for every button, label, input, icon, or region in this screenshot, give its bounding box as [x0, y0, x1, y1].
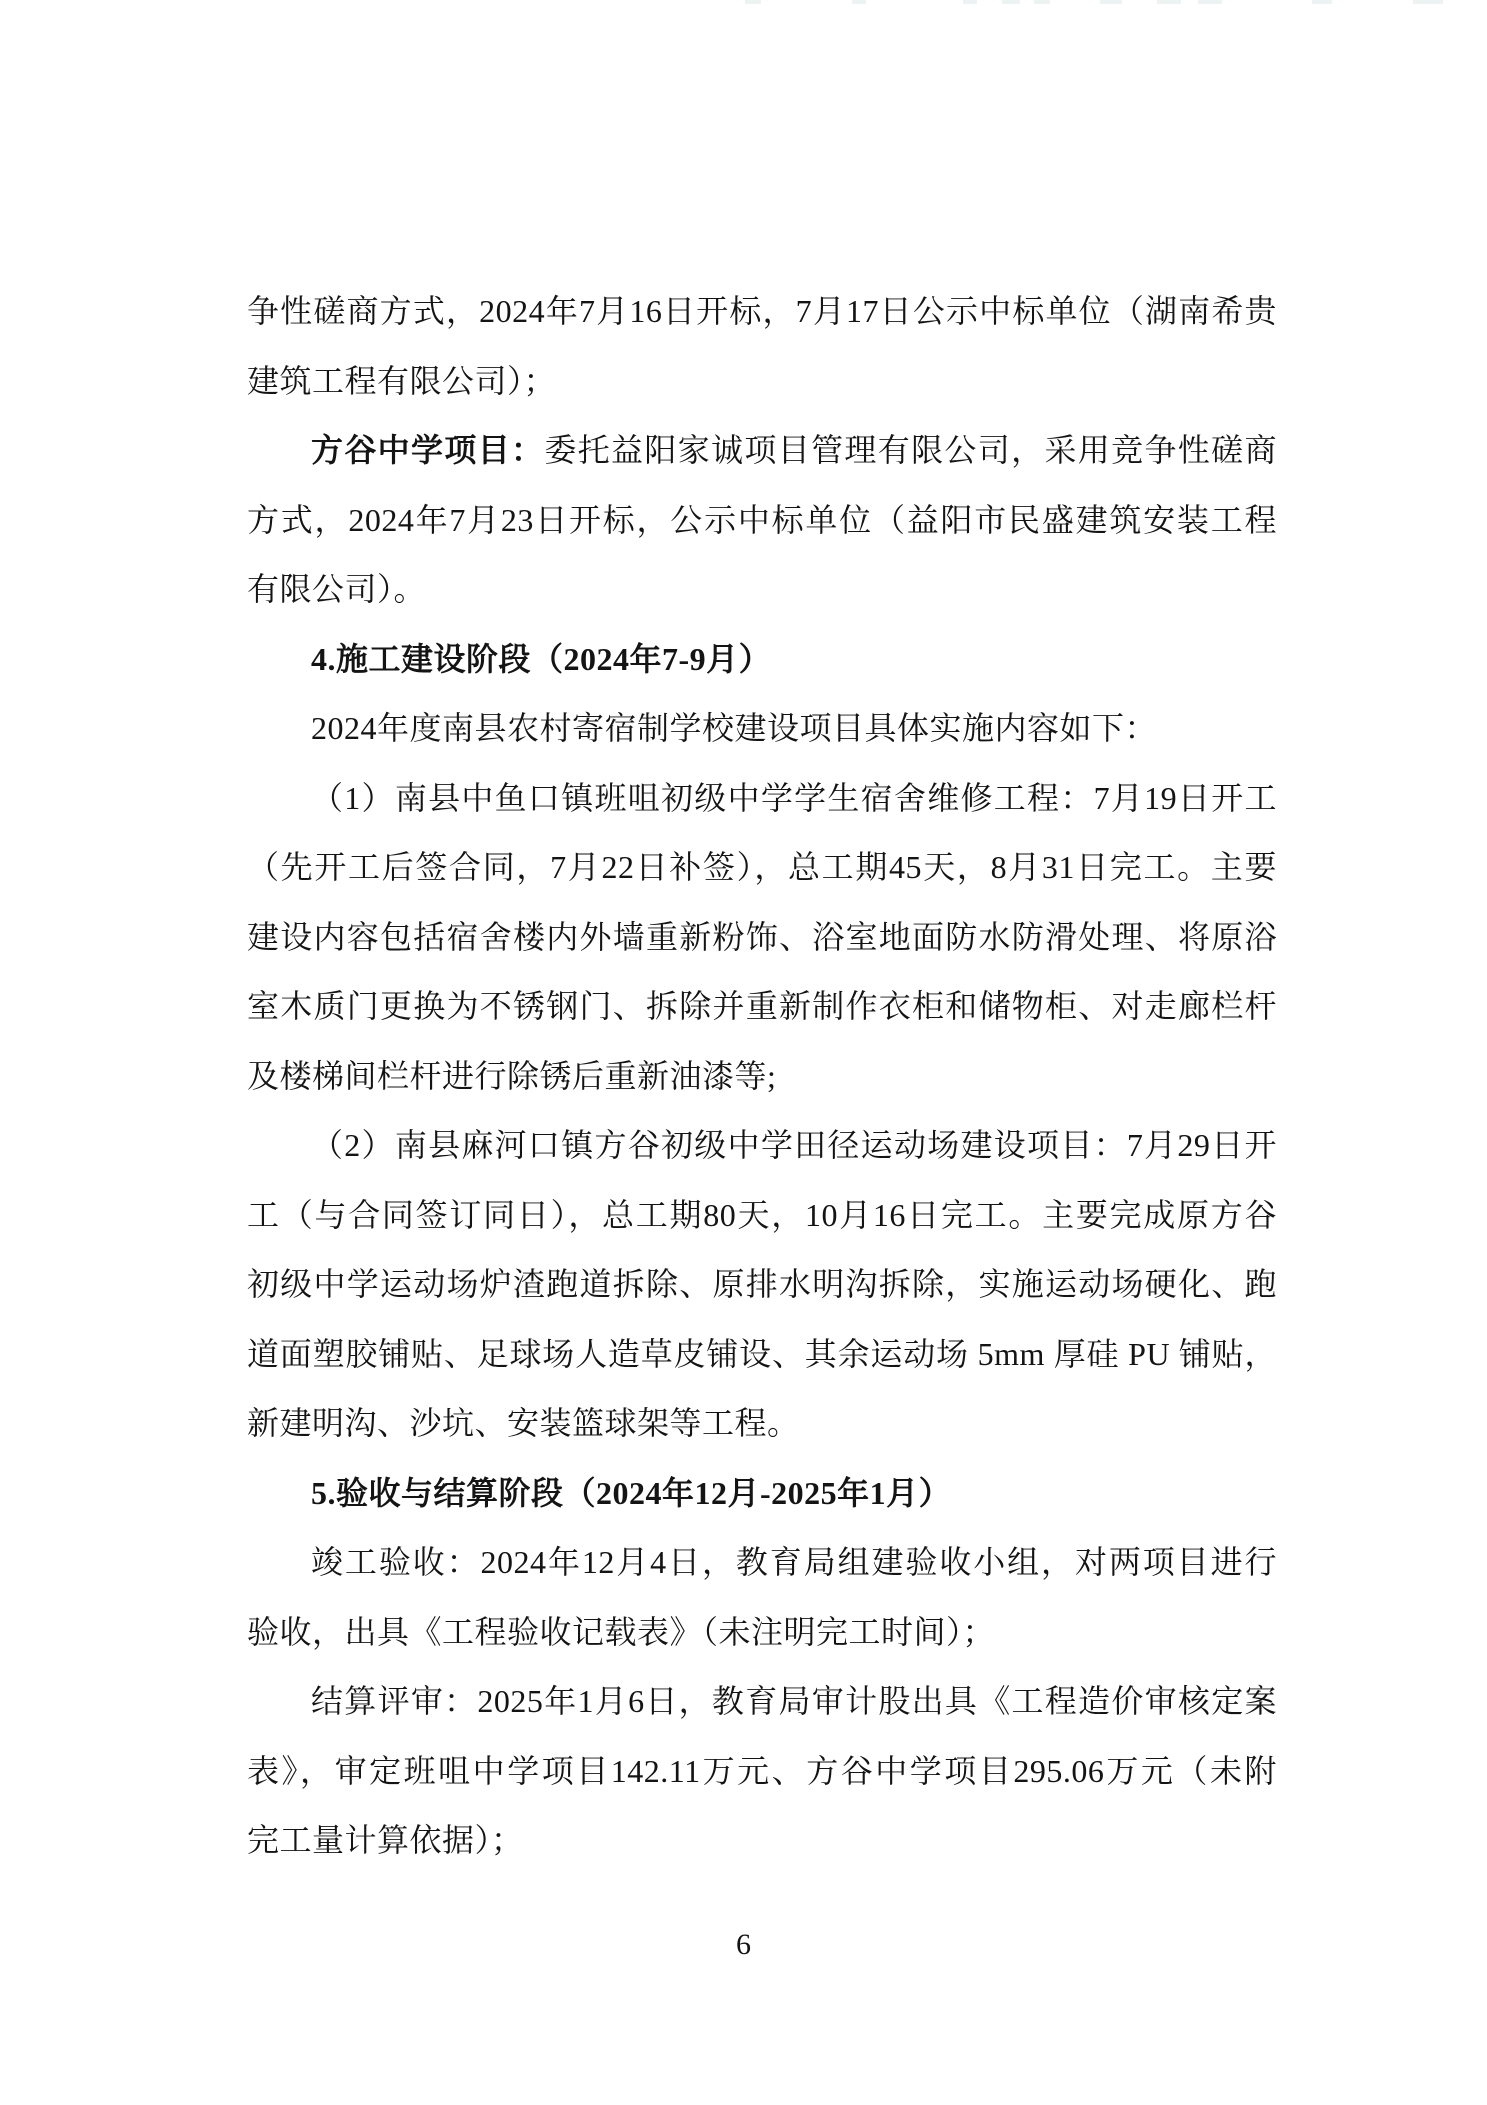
text-line: 工（与合同签订同日），总工期80天，10月16日完工。主要完成原方谷: [247, 1181, 1277, 1251]
text-line: 竣工验收：2024年12月4日，教育局组建验收小组，对两项目进行: [247, 1528, 1277, 1598]
top-edge-artifact: [852, 0, 866, 4]
top-edge-artifact: [1100, 0, 1122, 4]
top-edge-artifact: [1157, 0, 1181, 4]
text-line: 室木质门更换为不锈钢门、拆除并重新制作衣柜和储物柜、对走廊栏杆: [247, 972, 1277, 1042]
top-edge-artifact: [745, 0, 761, 4]
top-edge-artifact: [1312, 0, 1332, 4]
text-line: 争性磋商方式，2024年7月16日开标，7月17日公示中标单位（湖南希贵: [247, 277, 1277, 347]
text-line: 表》，审定班咀中学项目142.11万元、方谷中学项目295.06万元（未附: [247, 1737, 1277, 1807]
text-line: （先开工后签合同，7月22日补签），总工期45天，8月31日完工。主要: [247, 833, 1277, 903]
text-line: 方式，2024年7月23日开标，公示中标单位（益阳市民盛建筑安装工程: [247, 486, 1277, 556]
text-line: 完工量计算依据）；: [247, 1806, 1277, 1876]
text-line: 建筑工程有限公司）；: [247, 347, 1277, 417]
document-body: 争性磋商方式，2024年7月16日开标，7月17日公示中标单位（湖南希贵 建筑工…: [247, 277, 1277, 1876]
text-line: 方谷中学项目：委托益阳家诚项目管理有限公司，采用竞争性磋商: [247, 416, 1277, 486]
text-line: 初级中学运动场炉渣跑道拆除、原排水明沟拆除，实施运动场硬化、跑: [247, 1250, 1277, 1320]
top-edge-artifact: [1034, 0, 1050, 4]
text-line: 2024年度南县农村寄宿制学校建设项目具体实施内容如下：: [247, 694, 1277, 764]
run-in-label: 方谷中学项目：: [311, 432, 544, 468]
text-line: 新建明沟、沙坑、安装篮球架等工程。: [247, 1389, 1277, 1459]
text-line: （1）南县中鱼口镇班咀初级中学学生宿舍维修工程：7月19日开工: [247, 764, 1277, 834]
text-line: 结算评审：2025年1月6日，教育局审计股出具《工程造价审核定案: [247, 1667, 1277, 1737]
text-line: 建设内容包括宿舍楼内外墙重新粉饰、浴室地面防水防滑处理、将原浴: [247, 903, 1277, 973]
text-segment: 委托益阳家诚项目管理有限公司，采用竞争性磋商: [544, 432, 1277, 468]
top-edge-artifact: [1413, 0, 1443, 4]
top-edge-artifact: [963, 0, 977, 4]
text-line: 有限公司）。: [247, 555, 1277, 625]
section-heading-5: 5.验收与结算阶段（2024年12月-2025年1月）: [247, 1459, 1277, 1529]
text-line: （2）南县麻河口镇方谷初级中学田径运动场建设项目：7月29日开: [247, 1111, 1277, 1181]
section-heading-4: 4.施工建设阶段（2024年7-9月）: [247, 625, 1277, 695]
top-edge-artifact: [1002, 0, 1020, 4]
text-line: 验收，出具《工程验收记载表》（未注明完工时间）；: [247, 1598, 1277, 1668]
text-line: 道面塑胶铺贴、足球场人造草皮铺设、其余运动场 5mm 厚硅 PU 铺贴，: [247, 1320, 1277, 1390]
top-edge-artifact: [1198, 0, 1222, 4]
text-line: 及楼梯间栏杆进行除锈后重新油漆等;: [247, 1042, 1277, 1112]
document-page: 争性磋商方式，2024年7月16日开标，7月17日公示中标单位（湖南希贵 建筑工…: [0, 0, 1487, 2105]
page-number: 6: [0, 1928, 1487, 1962]
